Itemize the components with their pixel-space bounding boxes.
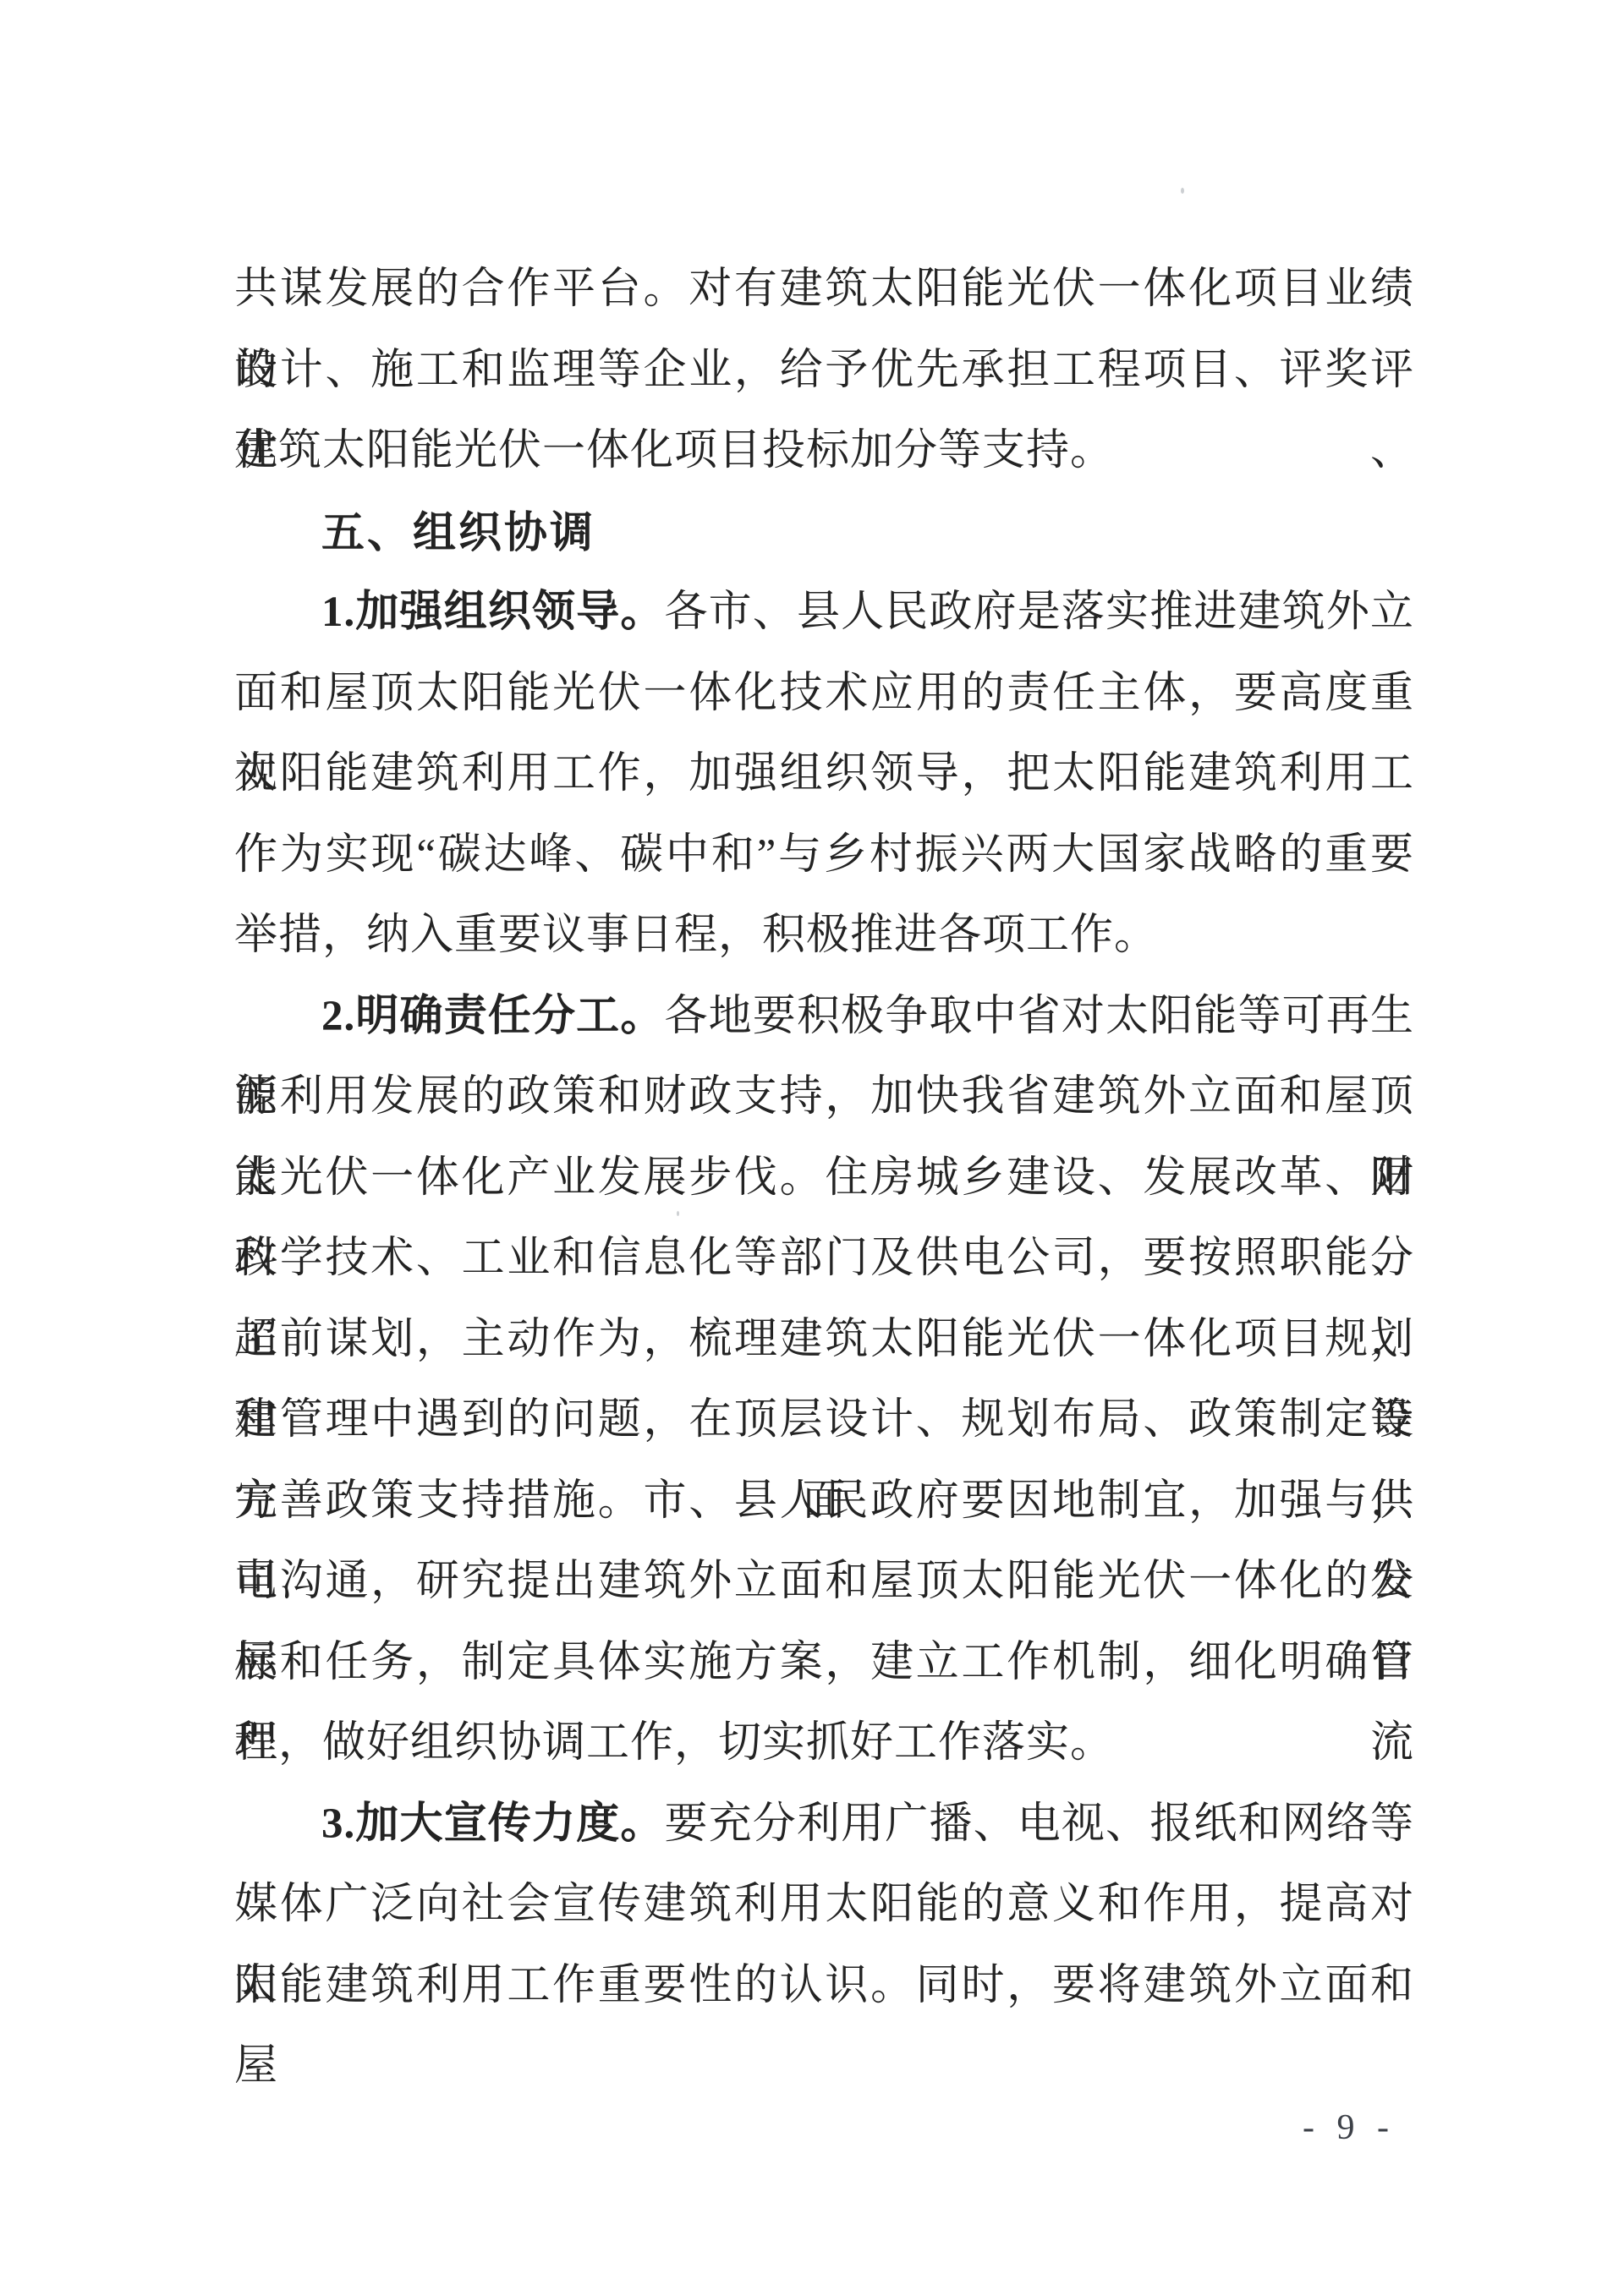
paragraph-number-lead: 3.加大宣传力度。 — [321, 1800, 665, 1848]
scan-speck — [677, 1211, 679, 1216]
text-line-rest: 要充分利用广播、电视、报纸和网络等 — [665, 1800, 1414, 1848]
text-line: 媒体广泛向社会宣传建筑利用太阳能的意义和作用，提高对太 — [234, 1865, 1414, 1946]
text-line: 阳能建筑利用工作重要性的认识。同时，要将建筑外立面和屋 — [234, 1946, 1414, 2027]
text-line: 举措，纳入重要议事日程，积极推进各项工作。 — [234, 896, 1414, 977]
scan-speck — [1181, 188, 1184, 194]
text-line: 能光伏一体化产业发展步伐。住房城乡建设、发展改革、财政、 — [234, 1138, 1414, 1219]
paragraph-number-lead: 1.加强组织领导。 — [321, 589, 665, 636]
section-heading: 五、组织协调 — [234, 492, 1414, 573]
text-line: 标和任务，制定具体实施方案，建立工作机制，细化明确管理流 — [234, 1623, 1414, 1704]
text-line: 3.加大宣传力度。要充分利用广播、电视、报纸和网络等 — [234, 1784, 1414, 1866]
text-line: 2.明确责任分工。各地要积极争取中省对太阳能等可再生能 — [234, 977, 1414, 1058]
text-line: 和管理中遇到的问题，在顶层设计、规划布局、政策制定等方面， — [234, 1380, 1414, 1461]
text-line: 完善政策支持措施。市、县人民政府要因地制宜，加强与供电公 — [234, 1461, 1414, 1543]
text-line: 1.加强组织领导。各市、县人民政府是落实推进建筑外立 — [234, 573, 1414, 654]
page-number: - 9 - — [1303, 2107, 1391, 2148]
text-line: 科学技术、工业和信息化等部门及供电公司，要按照职能分工， — [234, 1219, 1414, 1300]
text-line-rest: 各市、县人民政府是落实推进建筑外立 — [665, 589, 1414, 636]
text-line: 源利用发展的政策和财政支持，加快我省建筑外立面和屋顶太阳 — [234, 1057, 1414, 1138]
text-line: 面和屋顶太阳能光伏一体化技术应用的责任主体，要高度重视 — [234, 654, 1414, 735]
scan-speck — [996, 1734, 999, 1738]
text-line: 设计、施工和监理等企业，给予优先承担工程项目、评奖评优、 — [234, 331, 1414, 412]
document-text-block: 共谋发展的合作平台。对有建筑太阳能光伏一体化项目业绩的设计、施工和监理等企业，给… — [234, 249, 1414, 2026]
text-line: 太阳能建筑利用工作，加强组织领导，把太阳能建筑利用工作 — [234, 734, 1414, 815]
document-page: 共谋发展的合作平台。对有建筑太阳能光伏一体化项目业绩的设计、施工和监理等企业，给… — [0, 0, 1624, 2296]
text-line: 司沟通，研究提出建筑外立面和屋顶太阳能光伏一体化的发展目 — [234, 1542, 1414, 1623]
text-line: 作为实现“碳达峰、碳中和”与乡村振兴两大国家战略的重要 — [234, 815, 1414, 896]
text-line: 共谋发展的合作平台。对有建筑太阳能光伏一体化项目业绩的 — [234, 249, 1414, 331]
text-line: 超前谋划，主动作为，梳理建筑太阳能光伏一体化项目规划建设 — [234, 1300, 1414, 1381]
paragraph-number-lead: 2.明确责任分工。 — [321, 993, 665, 1040]
